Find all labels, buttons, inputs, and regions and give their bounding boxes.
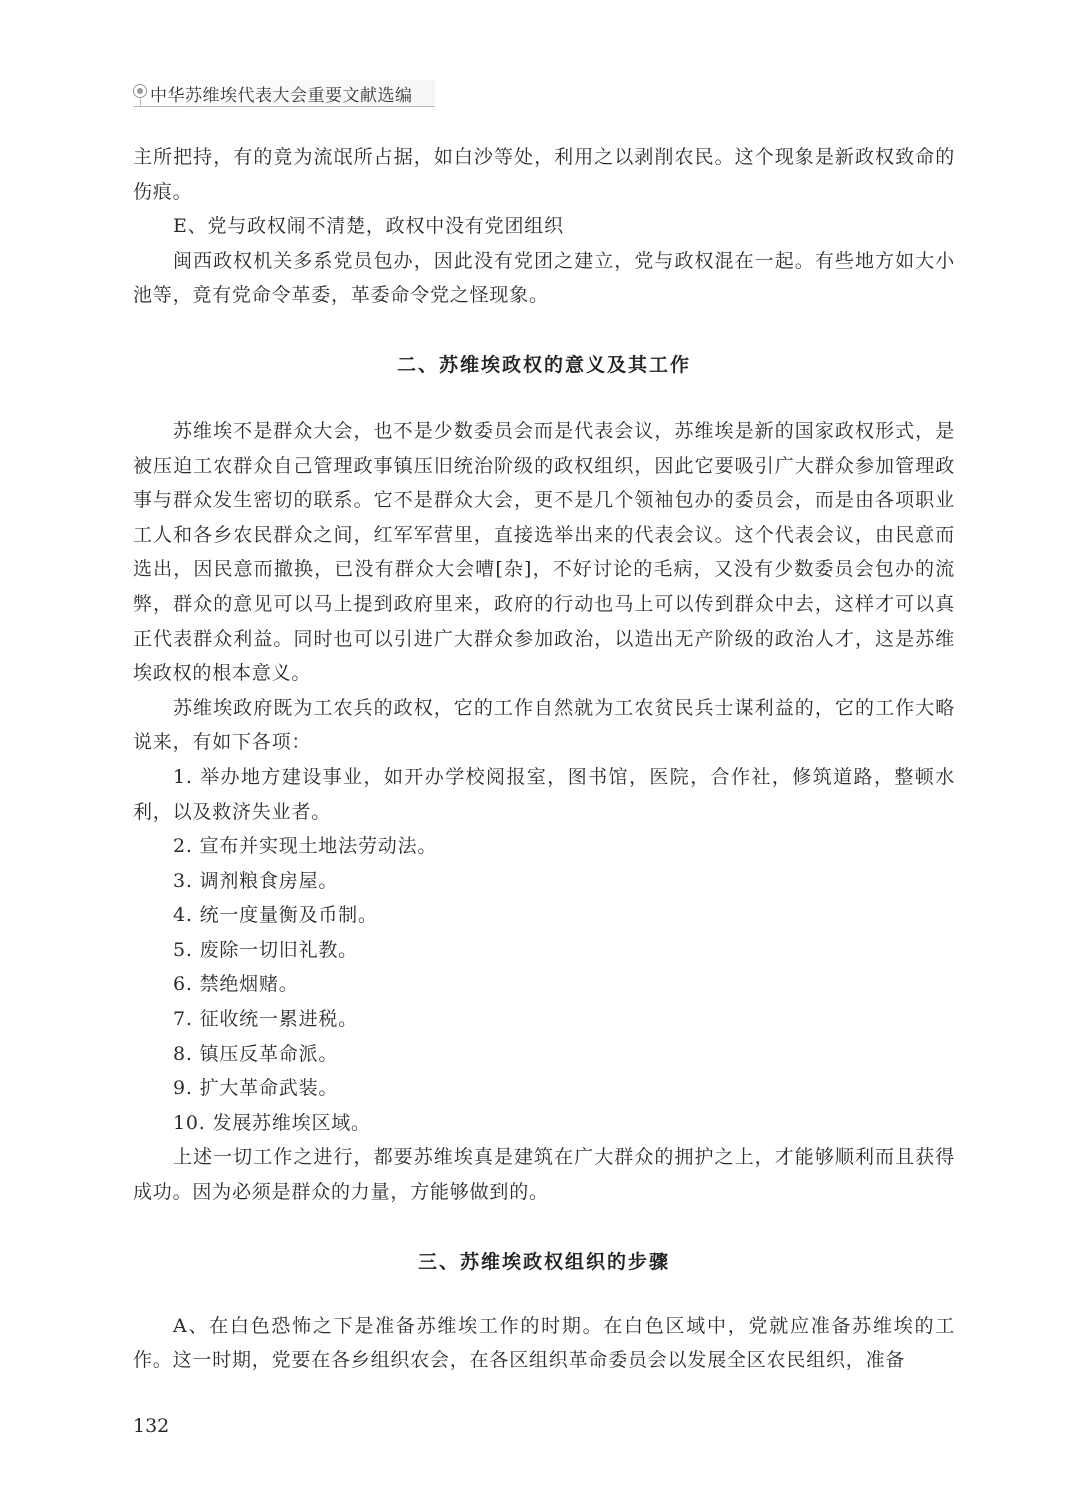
- list-item: 6. 禁绝烟赌。: [133, 967, 955, 1002]
- list-item: 1. 举办地方建设事业，如开办学校阅报室，图书馆，医院，合作社，修筑道路，整顿水…: [133, 760, 955, 829]
- paragraph-soviet-work-intro: 苏维埃政府既为工农兵的政权，它的工作自然就为工农贫民兵士谋利益的，它的工作大略说…: [133, 691, 955, 760]
- list-item: 3. 调剂粮食房屋。: [133, 864, 955, 899]
- list-item: 9. 扩大革命武装。: [133, 1071, 955, 1106]
- paragraph-soviet-meaning: 苏维埃不是群众大会，也不是少数委员会而是代表会议，苏维埃是新的国家政权形式，是被…: [133, 414, 955, 691]
- list-item: 10. 发展苏维埃区域。: [133, 1106, 955, 1141]
- section-three-heading: 三、苏维埃政权组织的步骤: [133, 1247, 955, 1274]
- paragraph-minxi: 闽西政权机关多系党员包办，因此没有党团之建立，党与政权混在一起。有些地方如大小池…: [133, 244, 955, 313]
- book-title: 中华苏维埃代表大会重要文献选编: [150, 81, 413, 106]
- paragraph-closing: 上述一切工作之进行，都要苏维埃真是建筑在广大群众的拥护之上，才能够顺利而且获得成…: [133, 1140, 955, 1209]
- list-item: 5. 废除一切旧礼教。: [133, 933, 955, 968]
- list-item: 2. 宣布并实现土地法劳动法。: [133, 829, 955, 864]
- section-two-heading: 二、苏维埃政权的意义及其工作: [133, 350, 955, 377]
- work-items-list: 1. 举办地方建设事业，如开办学校阅报室，图书馆，医院，合作社，修筑道路，整顿水…: [133, 760, 955, 1141]
- list-item: 4. 统一度量衡及币制。: [133, 898, 955, 933]
- list-item: 8. 镇压反革命派。: [133, 1037, 955, 1072]
- paragraph-step-a: A、在白色恐怖之下是准备苏维埃工作的时期。在白色区域中，党就应准备苏维埃的工作。…: [133, 1309, 955, 1378]
- bullet-circle-icon: [133, 84, 147, 98]
- header-rule-stem: [140, 98, 141, 106]
- running-header: 中华苏维埃代表大会重要文献选编: [133, 80, 435, 107]
- subsection-e-heading: E、党与政权闹不清楚，政权中没有党团组织: [133, 209, 955, 244]
- page-body: 主所把持，有的竟为流氓所占据，如白沙等处，利用之以剥削农民。这个现象是新政权致命…: [133, 140, 955, 1378]
- paragraph-continued: 主所把持，有的竟为流氓所占据，如白沙等处，利用之以剥削农民。这个现象是新政权致命…: [133, 140, 955, 209]
- list-item: 7. 征收统一累进税。: [133, 1002, 955, 1037]
- page-number: 132: [133, 1415, 169, 1437]
